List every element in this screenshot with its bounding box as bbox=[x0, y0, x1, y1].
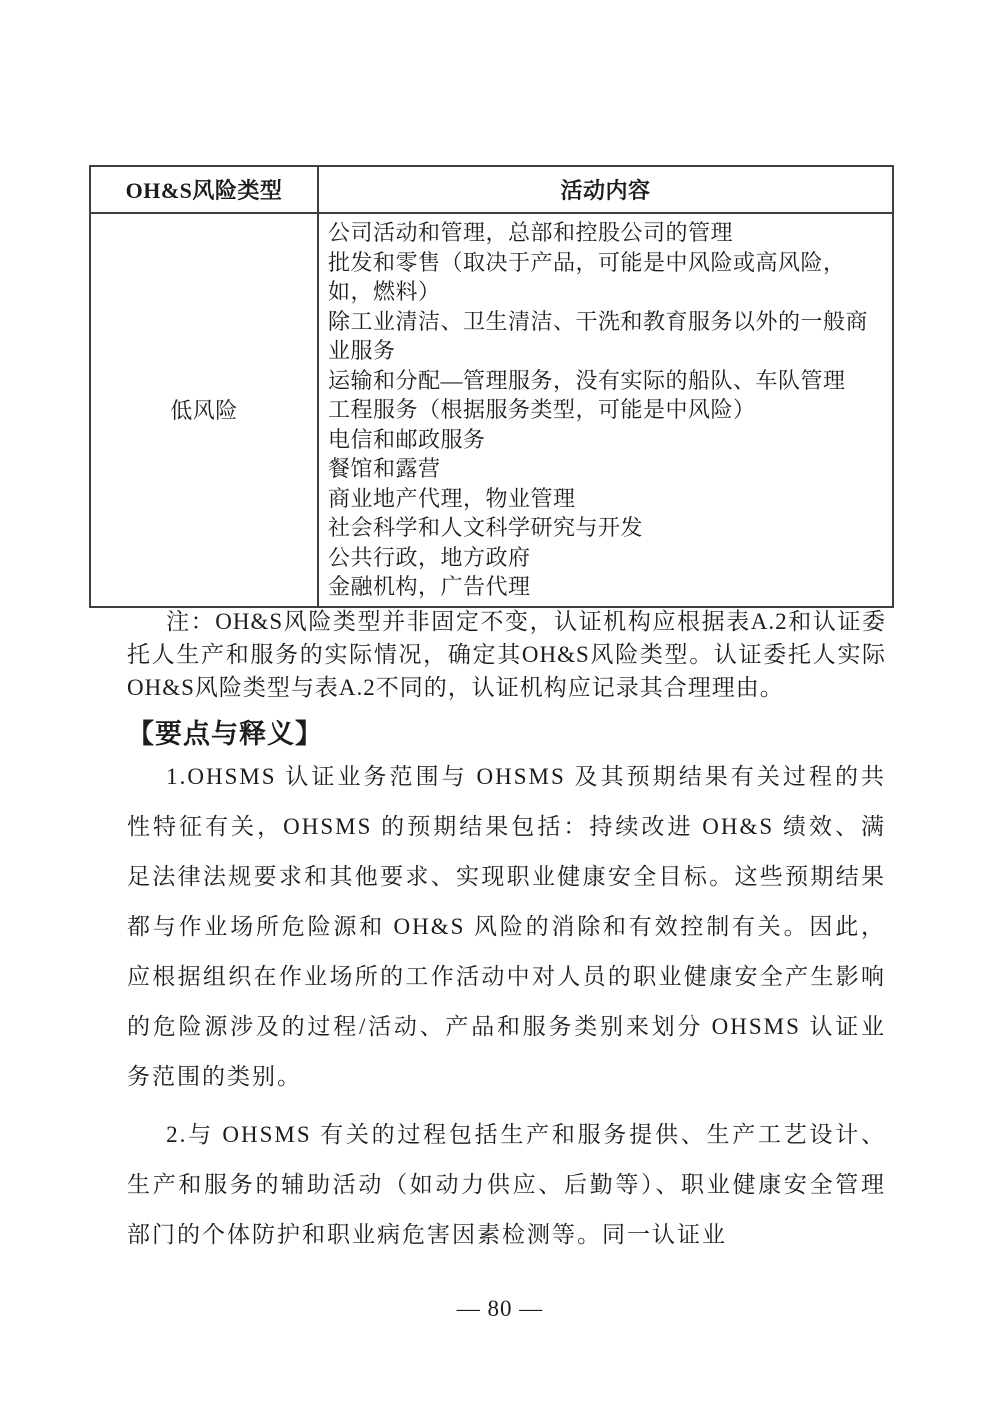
activity-item: 商业地产代理，物业管理 bbox=[328, 484, 884, 514]
activity-header-cell: 活动内容 bbox=[319, 167, 892, 212]
table-note: 注：OH&S风险类型并非固定不变，认证机构应根据表A.2和认证委托人生产和服务的… bbox=[127, 605, 886, 704]
activity-list: 公司活动和管理，总部和控股公司的管理批发和零售（取决于产品，可能是中风险或高风险… bbox=[328, 218, 884, 602]
activity-item: 电信和邮政服务 bbox=[328, 425, 884, 455]
risk-table: OH&S风险类型 活动内容 低风险 公司活动和管理，总部和控股公司的管理批发和零… bbox=[89, 165, 894, 608]
body-paragraph: 2.与 OHSMS 有关的过程包括生产和服务提供、生产工艺设计、生产和服务的辅助… bbox=[127, 1110, 886, 1260]
activity-list-cell: 公司活动和管理，总部和控股公司的管理批发和零售（取决于产品，可能是中风险或高风险… bbox=[319, 214, 892, 606]
activity-item: 运输和分配—管理服务，没有实际的船队、车队管理 bbox=[328, 366, 884, 396]
page-number: — 80 — bbox=[0, 1296, 1000, 1322]
activity-item: 餐馆和露营 bbox=[328, 454, 884, 484]
body-paragraph: 1.OHSMS 认证业务范围与 OHSMS 及其预期结果有关过程的共性特征有关，… bbox=[127, 752, 886, 1102]
activity-item: 金融机构，广告代理 bbox=[328, 572, 884, 602]
activity-item: 除工业清洁、卫生清洁、干洗和教育服务以外的一般商业服务 bbox=[328, 307, 884, 366]
body-paragraphs: 1.OHSMS 认证业务范围与 OHSMS 及其预期结果有关过程的共性特征有关，… bbox=[127, 752, 886, 1268]
risk-level-label: 低风险 bbox=[170, 394, 238, 425]
activity-item: 公共行政，地方政府 bbox=[328, 543, 884, 573]
risk-type-header-cell: OH&S风险类型 bbox=[91, 167, 319, 212]
document-page: OH&S风险类型 活动内容 低风险 公司活动和管理，总部和控股公司的管理批发和零… bbox=[0, 0, 1000, 1414]
activity-item: 公司活动和管理，总部和控股公司的管理 bbox=[328, 218, 884, 248]
activity-item: 工程服务（根据服务类型，可能是中风险） bbox=[328, 395, 884, 425]
risk-level-cell: 低风险 bbox=[91, 214, 319, 606]
risk-table-body-row: 低风险 公司活动和管理，总部和控股公司的管理批发和零售（取决于产品，可能是中风险… bbox=[91, 214, 892, 606]
activity-item: 社会科学和人文科学研究与开发 bbox=[328, 513, 884, 543]
risk-table-header-row: OH&S风险类型 活动内容 bbox=[91, 167, 892, 214]
section-heading: 【要点与释义】 bbox=[127, 712, 886, 751]
activity-item: 批发和零售（取决于产品，可能是中风险或高风险，如，燃料） bbox=[328, 248, 884, 307]
